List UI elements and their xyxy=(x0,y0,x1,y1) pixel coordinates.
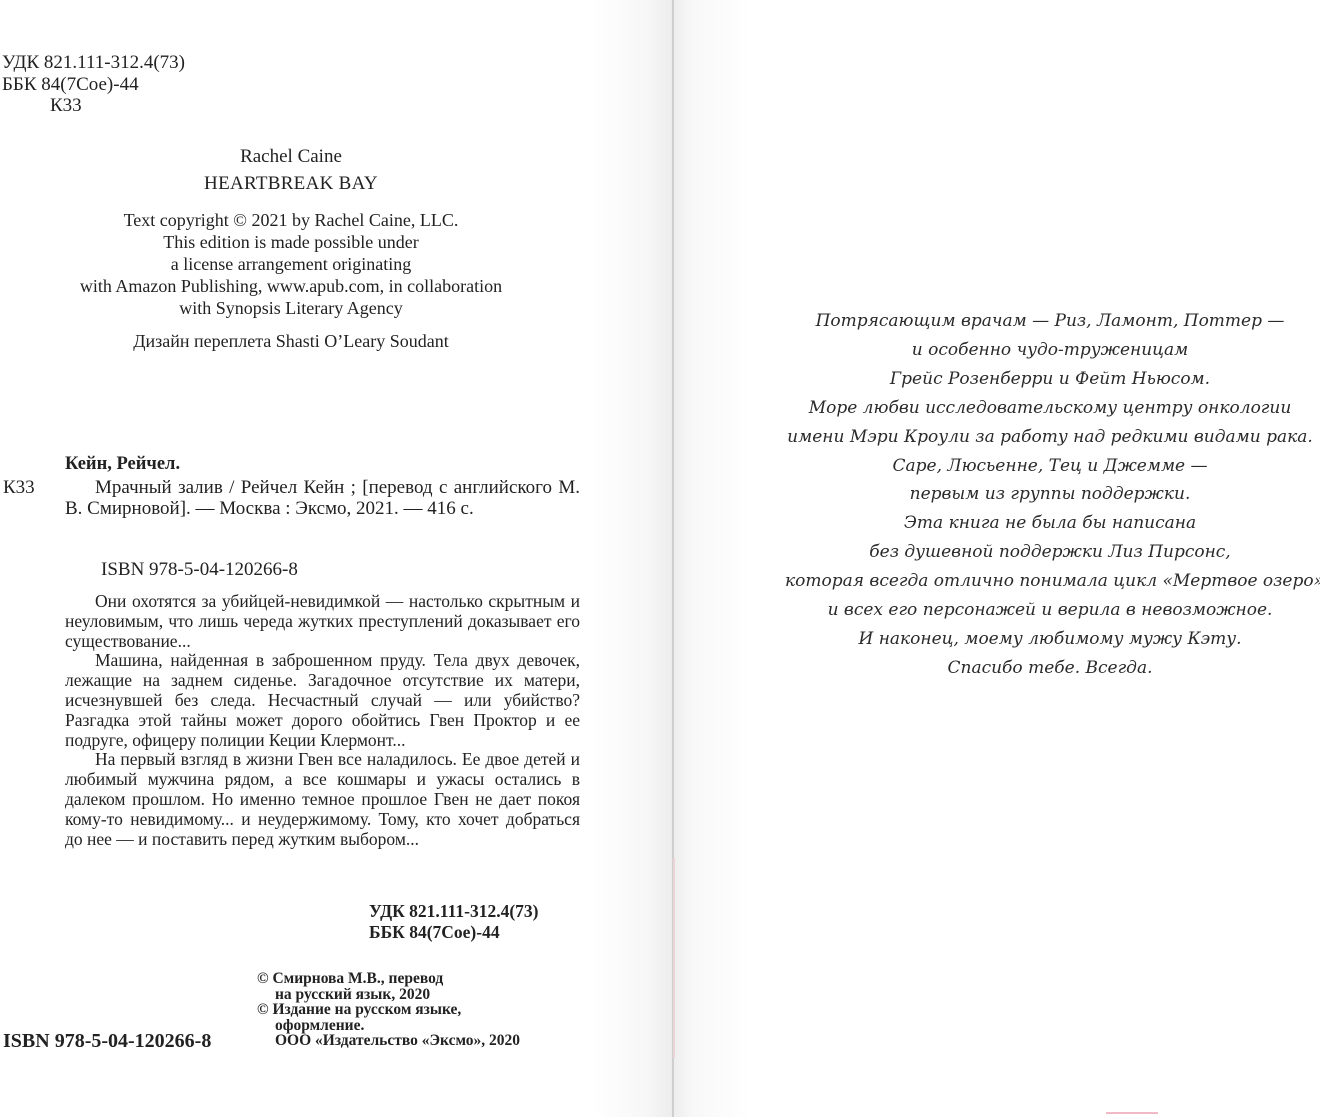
udk-code-bottom: УДК 821.111-312.4(73) xyxy=(369,901,538,922)
translation-copyright-cont: на русский язык, 2020 xyxy=(257,987,520,1003)
bbk-code: ББК 84(7Сое)-44 xyxy=(2,74,185,96)
dedication-line: Саре, Люсьенне, Тец и Джемме — xyxy=(785,452,1315,481)
catalog-isbn: ISBN 978-5-04-120266-8 xyxy=(101,559,298,580)
publisher-copyright: ООО «Издательство «Эксмо», 2020 xyxy=(257,1033,520,1049)
edition-copyright-cont: оформление. xyxy=(257,1018,520,1034)
bbk-code-bottom: ББК 84(7Сое)-44 xyxy=(369,922,538,943)
catalog-author-heading: Кейн, Рейчел. xyxy=(65,454,180,475)
isbn-bottom: ISBN 978-5-04-120266-8 xyxy=(3,1031,211,1052)
udk-code: УДК 821.111-312.4(73) xyxy=(2,52,185,74)
dedication-line: Эта книга не была бы написана xyxy=(785,509,1315,538)
translation-copyright: © Смирнова М.В., перевод xyxy=(257,971,520,987)
annotation-paragraph: Они охотятся за убийцей-невидимкой — нас… xyxy=(65,592,580,651)
cover-design-credit: Дизайн переплета Shasti O’Leary Soudant xyxy=(0,331,582,352)
page-edge-tint xyxy=(673,858,675,1058)
annotation-paragraph: На первый взгляд в жизни Гвен все налади… xyxy=(65,750,580,849)
dedication-line: первым из группы поддержки. xyxy=(785,480,1315,509)
catalog-author-mark: К33 xyxy=(3,477,35,498)
original-author: Rachel Caine xyxy=(0,146,582,168)
edition-copyright: © Издание на русском языке, xyxy=(257,1002,520,1018)
dedication-line: Потрясающим врачам — Риз, Ламонт, Поттер… xyxy=(785,307,1315,336)
author-mark: К33 xyxy=(2,95,185,117)
annotation-paragraph: Машина, найденная в заброшенном пруду. Т… xyxy=(65,651,580,750)
copyright-line: with Amazon Publishing, www.apub.com, in… xyxy=(0,275,582,297)
dedication-line: которая всегда отлично понимала цикл «Ме… xyxy=(785,567,1315,596)
dedication-line: Море любви исследовательскому центру онк… xyxy=(785,394,1315,423)
bottom-classification-codes: УДК 821.111-312.4(73) ББК 84(7Сое)-44 xyxy=(369,901,538,943)
copyright-line: This edition is made possible under xyxy=(0,231,582,253)
copyright-line: with Synopsis Literary Agency xyxy=(0,297,582,319)
dedication-line: И наконец, моему любимому мужу Кэту. xyxy=(785,625,1315,654)
classification-codes: УДК 821.111-312.4(73) ББК 84(7Сое)-44 К3… xyxy=(2,52,185,117)
original-title: HEARTBREAK BAY xyxy=(0,173,582,195)
copyright-line: Text copyright © 2021 by Rachel Caine, L… xyxy=(0,209,582,231)
dedication-line: и особенно чудо-труженицам xyxy=(785,336,1315,365)
book-annotation: Они охотятся за убийцей-невидимкой — нас… xyxy=(65,592,580,849)
dedication-line: Грейс Розенберри и Фейт Ньюсом. xyxy=(785,365,1315,394)
page-edge-mark xyxy=(1106,1112,1158,1114)
original-copyright: Text copyright © 2021 by Rachel Caine, L… xyxy=(0,209,582,319)
dedication: Потрясающим врачам — Риз, Ламонт, Поттер… xyxy=(785,307,1315,683)
dedication-line: имени Мэри Кроули за работу над редкими … xyxy=(785,423,1315,452)
copyright-line: a license arrangement originating xyxy=(0,253,582,275)
catalog-description: Мрачный залив / Рейчел Кейн ; [перевод с… xyxy=(65,477,580,519)
dedication-line: без душевной поддержки Лиз Пирсонс, xyxy=(785,538,1315,567)
dedication-line: Спасибо тебе. Всегда. xyxy=(785,654,1315,683)
russian-copyright: © Смирнова М.В., перевод на русский язык… xyxy=(257,971,520,1049)
dedication-line: и всех его персонажей и верила в невозмо… xyxy=(785,596,1315,625)
